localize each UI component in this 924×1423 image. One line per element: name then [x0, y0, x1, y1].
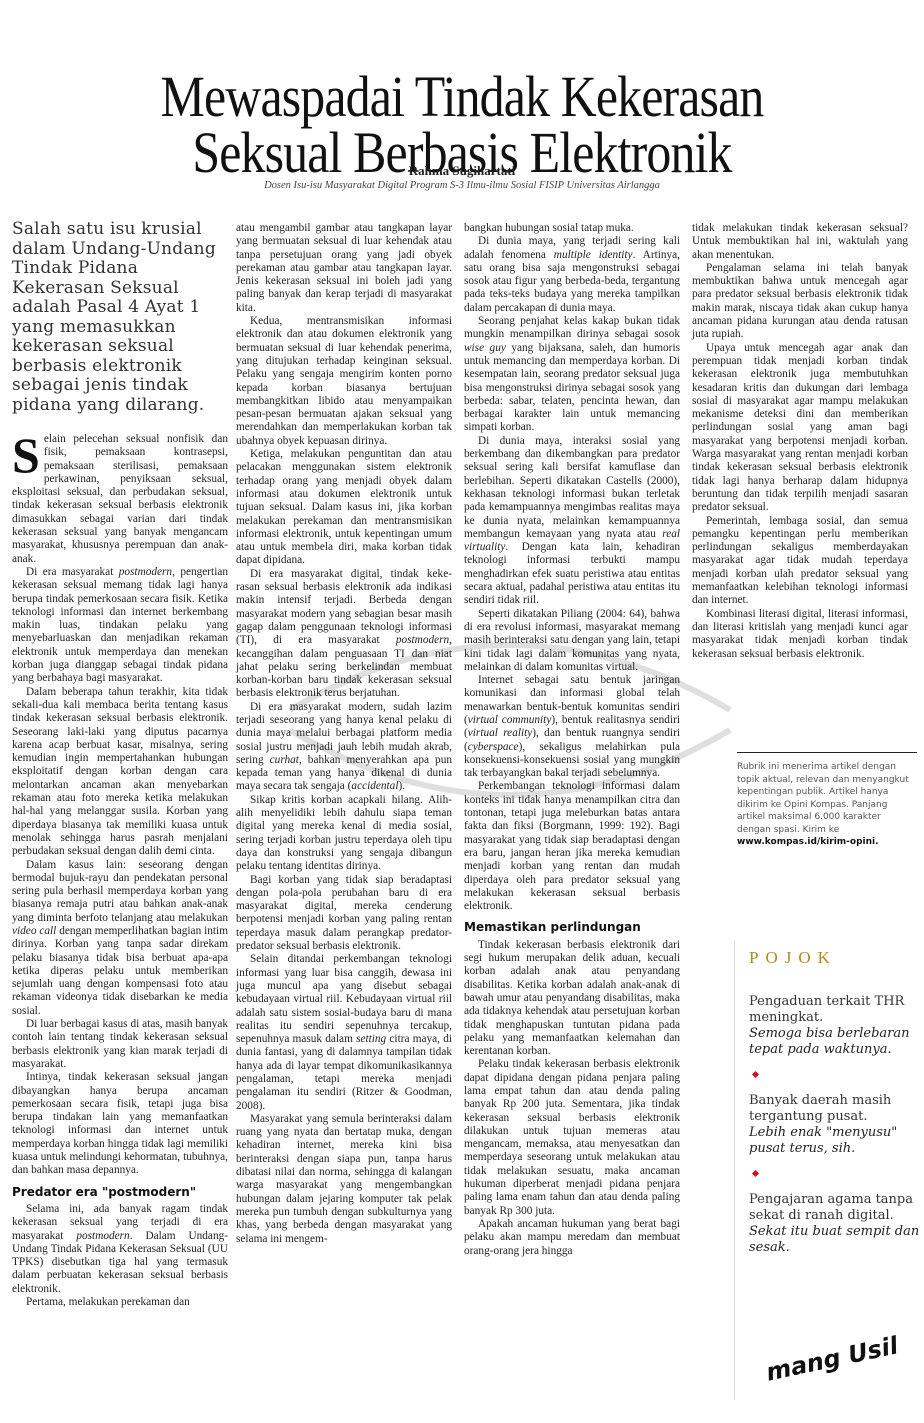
paragraph: bangkan hubungan sosial tatap muka.	[464, 222, 680, 235]
pojok-column: POJOK Pengaduan terkait THR meningkat. S…	[734, 940, 924, 1400]
paragraph: Intinya, tindak kekerasan seksual jangan…	[12, 1071, 228, 1177]
paragraph: Seperti dikatakan Piliang (2004: 64), ba…	[464, 608, 680, 674]
pojok-statement: Pengaduan terkait THR meningkat.	[749, 994, 924, 1026]
pojok-quip: Lebih enak "menyusu" pusat terus, sih.	[749, 1125, 924, 1157]
pojok-item: Banyak daerah masih tergantung pusat. Le…	[749, 1093, 924, 1157]
paragraph: Pemerintah, lembaga sosial, dan semua pe…	[692, 515, 908, 608]
paragraph: Pertama, melakukan perekaman dan	[12, 1296, 228, 1309]
paragraph: tidak melakukan tindak kekerasan seksual…	[692, 222, 908, 262]
paragraph: Internet sebagai satu bentuk jaringan ko…	[464, 674, 680, 780]
paragraph: Sikap kritis korban acapkali hilang. Ali…	[236, 794, 452, 874]
pojok-item: Pengaduan terkait THR meningkat. Semoga …	[749, 994, 924, 1058]
paragraph: Tindak kekerasan berbasis elektronik dar…	[464, 939, 680, 1059]
red-diamond-bullet-icon	[752, 1170, 759, 1177]
article-column-2: atau mengambil gambar atau tangkapan lay…	[236, 222, 452, 1246]
article-column-3: bangkan hubungan sosial tatap muka. Di d…	[464, 222, 680, 1258]
drop-cap: S	[12, 435, 40, 475]
paragraph: Di era masyarakat modern, sudah lazim te…	[236, 701, 452, 794]
notice-text: Rubrik ini menerima artikel dengan topik…	[737, 762, 909, 835]
section-heading: Predator era "postmodern"	[12, 1186, 228, 1199]
article-column-4: tidak melakukan tindak kekerasan seksual…	[692, 222, 908, 661]
paragraph: Kombinasi literasi digital, literasi inf…	[692, 608, 908, 661]
pojok-quip: Sekat itu buat sempit dan sesak.	[749, 1224, 924, 1256]
submission-link[interactable]: www.kompas.id/kirim-opini.	[737, 837, 879, 847]
pojok-title: POJOK	[749, 948, 924, 968]
paragraph: Dalam kasus lain: seseorang dengan bermo…	[12, 859, 228, 1019]
pojok-item: Pengajaran agama tanpa sekat di ranah di…	[749, 1192, 924, 1256]
red-diamond-bullet-icon	[752, 1071, 759, 1078]
paragraph: Upaya untuk mencegah agar anak dan perem…	[692, 342, 908, 515]
paragraph: Di era masyarakat postmodern, pengertian…	[12, 566, 228, 686]
paragraph: Pengalaman selama ini telah banyak membu…	[692, 262, 908, 342]
paragraph: Pelaku tindak kekerasan berbasis elektro…	[464, 1058, 680, 1218]
section-heading: Memastikan perlindungan	[464, 921, 680, 934]
paragraph: Selain pelecehan seksual nonfisik dan fi…	[12, 433, 228, 566]
paragraph: Bagi korban yang tidak siap beradaptasi …	[236, 874, 452, 954]
paragraph: Kedua, mentransmisikan informasi elektro…	[236, 315, 452, 448]
paragraph: Di dunia maya, yang terjadi sering kali …	[464, 235, 680, 315]
pojok-quip: Semoga bisa berlebaran tepat pada waktun…	[749, 1026, 924, 1058]
paragraph: Selama ini, ada banyak ragam tindak keke…	[12, 1203, 228, 1296]
pull-quote: Salah satu isu krusial dalam Undang-Unda…	[12, 220, 228, 415]
author-name: Rahma Sugihartati	[0, 163, 924, 179]
paragraph: Seorang penjahat kelas kakap bukan tidak…	[464, 315, 680, 435]
pojok-statement: Pengajaran agama tanpa sekat di ranah di…	[749, 1192, 924, 1224]
article-column-1: Salah satu isu krusial dalam Undang-Unda…	[12, 220, 228, 1309]
paragraph: Ketiga, melakukan penguntitan dan atau p…	[236, 448, 452, 568]
paragraph: Di dunia maya, interaksi sosial yang ber…	[464, 435, 680, 608]
paragraph: Apakah ancaman hukuman yang berat bagi p…	[464, 1218, 680, 1258]
pojok-statement: Banyak daerah masih tergantung pusat.	[749, 1093, 924, 1125]
paragraph: atau mengambil gambar atau tangkapan lay…	[236, 222, 452, 315]
paragraph: Masyarakat yang semula berinteraksi dala…	[236, 1113, 452, 1246]
paragraph: Selain ditandai perkembangan teknologi i…	[236, 953, 452, 1113]
author-affiliation: Dosen Isu-isu Masyarakat Digital Program…	[0, 180, 924, 191]
paragraph: Di era masyarakat digital, tindak keke- …	[236, 568, 452, 701]
paragraph: Perkembangan teknologi informasi dalam k…	[464, 780, 680, 913]
paragraph: Di luar berbagai kasus di atas, masih ba…	[12, 1018, 228, 1071]
submission-notice: Rubrik ini menerima artikel dengan topik…	[737, 752, 917, 849]
paragraph: Dalam beberapa tahun terakhir, kita tida…	[12, 686, 228, 859]
